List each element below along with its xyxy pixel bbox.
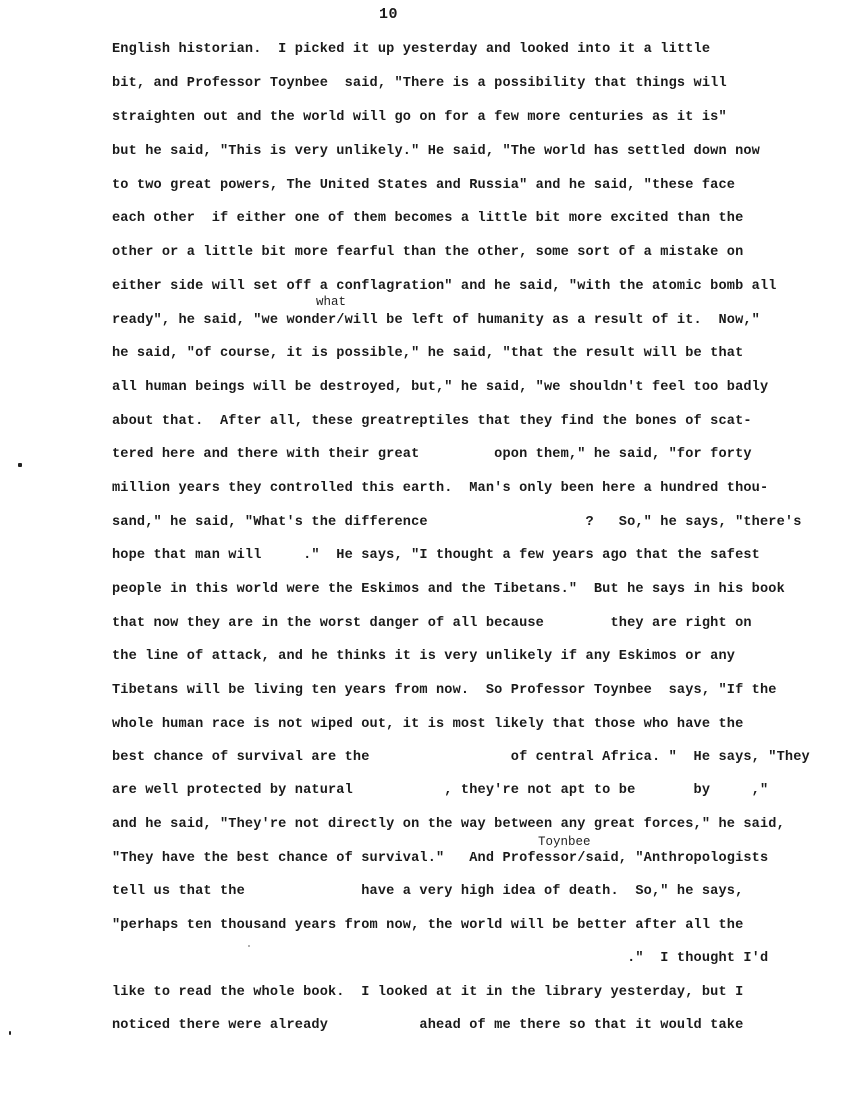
text-line: but he said, "This is very unlikely." He…	[112, 144, 760, 160]
text-line: hope that man will ." He says, "I though…	[112, 548, 760, 564]
text-line: best chance of survival are the of centr…	[112, 750, 810, 766]
text-line: straighten out and the world will go on …	[112, 110, 727, 126]
handwritten-insertion: what	[316, 295, 346, 309]
page-number: 10	[379, 6, 398, 23]
text-line: whole human race is not wiped out, it is…	[112, 717, 743, 733]
text-line: sand," he said, "What's the difference ?…	[112, 515, 802, 531]
text-line: ." I thought I'd	[112, 951, 768, 967]
text-line: he said, "of course, it is possible," he…	[112, 346, 743, 362]
text-line: Tibetans will be living ten years from n…	[112, 683, 777, 699]
text-line: English historian. I picked it up yester…	[112, 42, 710, 58]
margin-speck	[9, 1031, 11, 1035]
handwritten-insertion: Toynbee	[538, 835, 591, 849]
text-line: and he said, "They're not directly on th…	[112, 817, 785, 833]
text-line: million years they controlled this earth…	[112, 481, 768, 497]
text-line: tered here and there with their great op…	[112, 447, 752, 463]
text-line: about that. After all, these greatreptil…	[112, 414, 752, 430]
text-line: "perhaps ten thousand years from now, th…	[112, 918, 743, 934]
text-line: each other if either one of them becomes…	[112, 211, 743, 227]
page-speck	[248, 945, 250, 947]
text-line: bit, and Professor Toynbee said, "There …	[112, 76, 727, 92]
text-line: people in this world were the Eskimos an…	[112, 582, 785, 598]
text-line: like to read the whole book. I looked at…	[112, 985, 743, 1001]
text-line: that now they are in the worst danger of…	[112, 616, 752, 632]
text-line: all human beings will be destroyed, but,…	[112, 380, 768, 396]
text-line: the line of attack, and he thinks it is …	[112, 649, 735, 665]
text-line: are well protected by natural , they're …	[112, 783, 768, 799]
text-segment: noticed there were already	[112, 1018, 336, 1033]
text-line: ready", he said, "we wonder/will be left…	[112, 313, 760, 329]
faded-text	[336, 1018, 419, 1033]
margin-speck	[18, 463, 22, 467]
text-line: noticed there were already ahead of me t…	[112, 1018, 743, 1034]
text-line: either side will set off a conflagration…	[112, 279, 777, 295]
text-line: "They have the best chance of survival."…	[112, 851, 768, 867]
text-line: tell us that the have a very high idea o…	[112, 884, 743, 900]
text-segment: ahead of me there so that it would take	[419, 1018, 743, 1033]
text-line: to two great powers, The United States a…	[112, 178, 735, 194]
text-line: other or a little bit more fearful than …	[112, 245, 743, 261]
